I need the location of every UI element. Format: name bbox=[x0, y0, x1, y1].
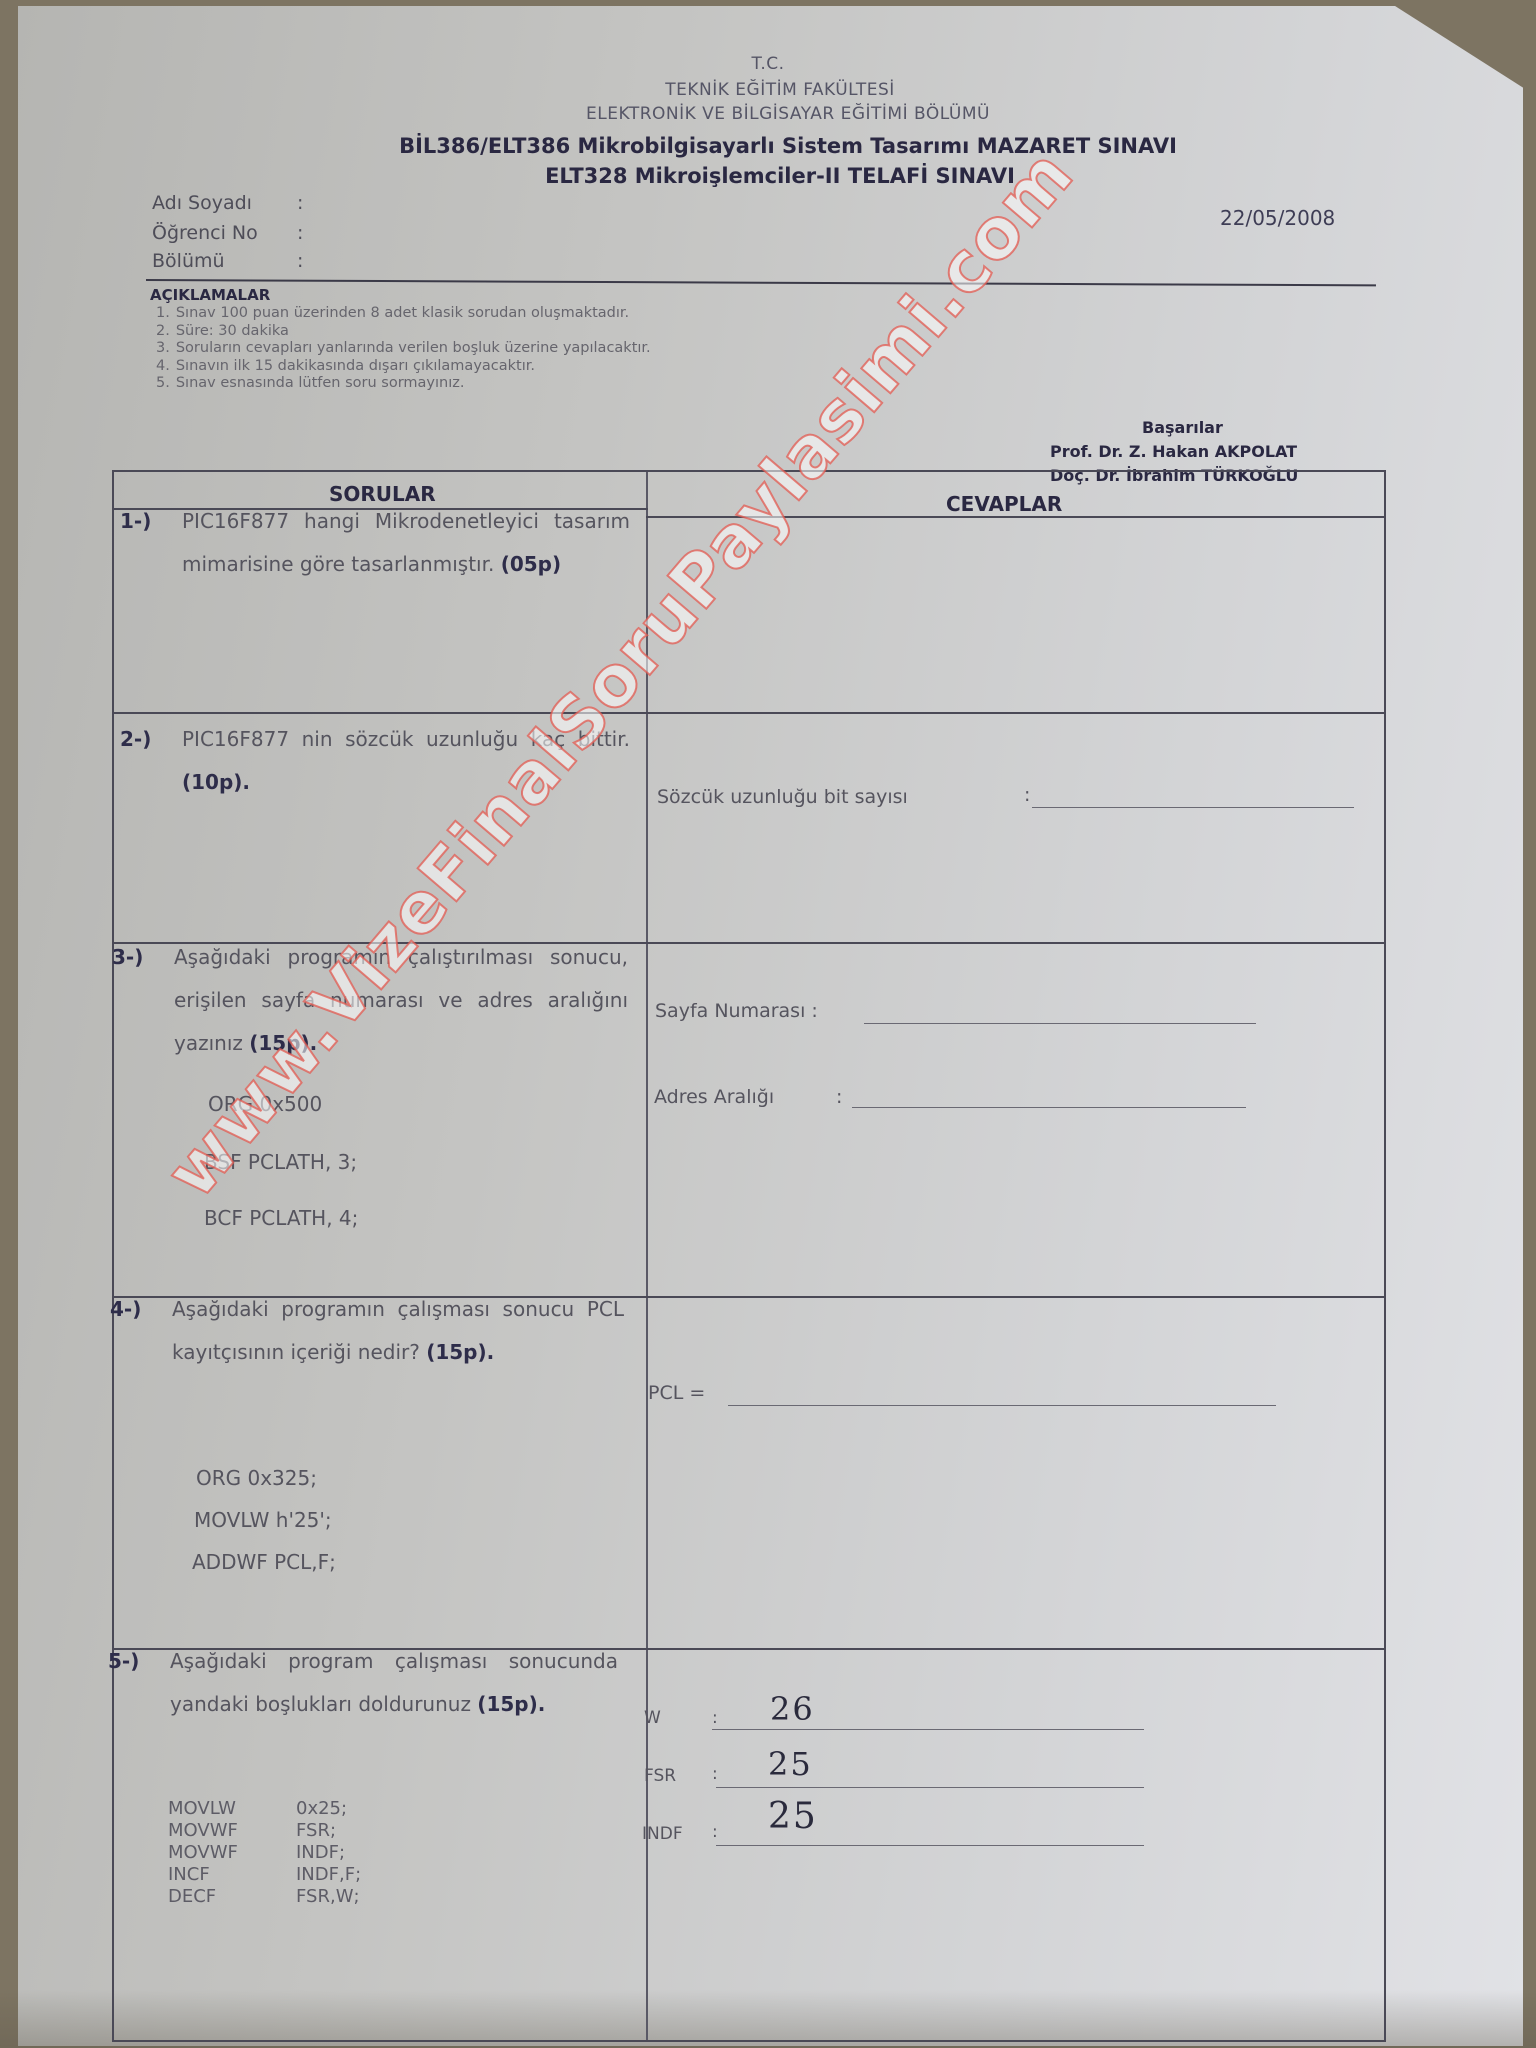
code-line: MOVWFFSR; bbox=[168, 1820, 361, 1842]
answer-5-w-label: W bbox=[644, 1708, 661, 1728]
question-1-number: 1-) bbox=[120, 500, 151, 543]
answer-2-colon: : bbox=[1024, 784, 1030, 806]
answer-4-label: PCL = bbox=[648, 1382, 705, 1404]
signature-author-1: Prof. Dr. Z. Hakan AKPOLAT bbox=[1050, 442, 1297, 461]
code-line: INCFINDF,F; bbox=[168, 1864, 361, 1886]
notes-title: AÇIKLAMALAR bbox=[150, 286, 270, 304]
answer-3-page-blank[interactable] bbox=[864, 1022, 1256, 1024]
answer-4-blank[interactable] bbox=[728, 1404, 1276, 1406]
field-name-label: Adı Soyadı bbox=[152, 192, 252, 214]
question-1-points: (05p) bbox=[501, 552, 561, 576]
question-3-number: 3-) bbox=[112, 936, 143, 979]
answer-5-w-handwritten: 26 bbox=[770, 1690, 815, 1728]
notes-list: 1.Sınav 100 puan üzerinden 8 adet klasik… bbox=[156, 305, 657, 393]
note-item: 3.Soruların cevapları yanlarında verilen… bbox=[156, 340, 657, 358]
header-department: ELEKTRONİK VE BİLGİSAYAR EĞİTİMİ BÖLÜMÜ bbox=[20, 104, 1536, 124]
answer-3-page-label: Sayfa Numarası : bbox=[655, 1000, 818, 1022]
question-5-text: Aşağıdaki program çalışması sonucunda ya… bbox=[170, 1649, 618, 1716]
answer-2-blank[interactable] bbox=[1032, 806, 1354, 808]
code-line: DECFFSR,W; bbox=[168, 1886, 361, 1908]
question-5-code: MOVLW0x25; MOVWFFSR; MOVWFINDF; INCFINDF… bbox=[168, 1798, 361, 1908]
field-department-colon: : bbox=[297, 250, 303, 272]
question-4-code-line: MOVLW h'25'; bbox=[194, 1508, 332, 1532]
answer-3-address-colon: : bbox=[836, 1086, 842, 1108]
answer-2-label: Sözcük uzunluğu bit sayısı bbox=[657, 786, 908, 808]
question-4-number: 4-) bbox=[110, 1288, 141, 1331]
note-item: 5.Sınav esnasında lütfen soru sormayınız… bbox=[156, 375, 657, 393]
exam-date: 22/05/2008 bbox=[1220, 206, 1335, 230]
answer-3-address-label: Adres Aralığı bbox=[654, 1086, 774, 1108]
header-faculty: TEKNİK EĞİTİM FAKÜLTESİ bbox=[12, 80, 1536, 100]
note-item: 2.Süre: 30 dakika bbox=[156, 323, 657, 341]
question-2-points: (10p). bbox=[182, 770, 250, 794]
answer-5-indf-blank[interactable] bbox=[716, 1844, 1144, 1846]
code-line: MOVWFINDF; bbox=[168, 1842, 361, 1864]
code-line: MOVLW0x25; bbox=[168, 1798, 361, 1820]
field-student-no[interactable]: Öğrenci No : bbox=[152, 222, 258, 244]
question-4: 4-) Aşağıdaki programın çalışması sonucu… bbox=[130, 1288, 624, 1374]
question-1-text: PIC16F877 hangi Mikrodenetleyici tasarım… bbox=[182, 509, 630, 576]
answer-5-w-blank[interactable] bbox=[712, 1728, 1144, 1730]
exam-title-2: ELT328 Mikroişlemciler-II TELAFİ SINAVI bbox=[12, 164, 1536, 188]
note-item: 1.Sınav 100 puan üzerinden 8 adet klasik… bbox=[156, 305, 657, 323]
header-country: T.C. bbox=[0, 54, 1536, 74]
column-header-answers: CEVAPLAR bbox=[946, 492, 1062, 516]
question-4-points: (15p). bbox=[426, 1340, 494, 1364]
question-5: 5-) Aşağıdaki program çalışması sonucund… bbox=[128, 1640, 618, 1726]
question-2-number: 2-) bbox=[120, 718, 151, 761]
field-department[interactable]: Bölümü : bbox=[152, 250, 225, 272]
question-3-code-line: BCF PCLATH, 4; bbox=[204, 1206, 358, 1230]
answer-5-fsr-label: FSR bbox=[644, 1766, 676, 1786]
note-item: 4.Sınavın ilk 15 dakikasında dışarı çıkı… bbox=[156, 358, 657, 376]
field-student-no-label: Öğrenci No bbox=[152, 222, 258, 244]
field-student-no-colon: : bbox=[297, 222, 303, 244]
question-1: 1-) PIC16F877 hangi Mikrodenetleyici tas… bbox=[140, 500, 630, 586]
answer-5-fsr-blank[interactable] bbox=[716, 1786, 1144, 1788]
answer-5-w-colon: : bbox=[712, 1708, 718, 1728]
question-5-number: 5-) bbox=[108, 1640, 139, 1683]
question-4-text: Aşağıdaki programın çalışması sonucu PCL… bbox=[172, 1297, 624, 1364]
answer-3-address-blank[interactable] bbox=[852, 1106, 1246, 1108]
answer-5-fsr-colon: : bbox=[712, 1764, 718, 1784]
answer-5-indf-label: INDF bbox=[642, 1824, 683, 1844]
field-name[interactable]: Adı Soyadı : bbox=[152, 192, 252, 214]
question-4-code-line: ADDWF PCL,F; bbox=[192, 1550, 336, 1574]
question-4-code-line: ORG 0x325; bbox=[196, 1466, 317, 1490]
answer-5-indf-handwritten: 25 bbox=[768, 1796, 818, 1837]
field-department-label: Bölümü bbox=[152, 250, 225, 272]
field-name-colon: : bbox=[297, 192, 303, 214]
signature-greeting: Başarılar bbox=[1142, 418, 1223, 437]
question-5-points: (15p). bbox=[477, 1692, 545, 1716]
answer-5-fsr-handwritten: 25 bbox=[768, 1745, 813, 1783]
exam-title-1: BİL386/ELT386 Mikrobilgisayarlı Sistem T… bbox=[20, 134, 1536, 158]
answer-5-indf-colon: : bbox=[712, 1822, 718, 1842]
